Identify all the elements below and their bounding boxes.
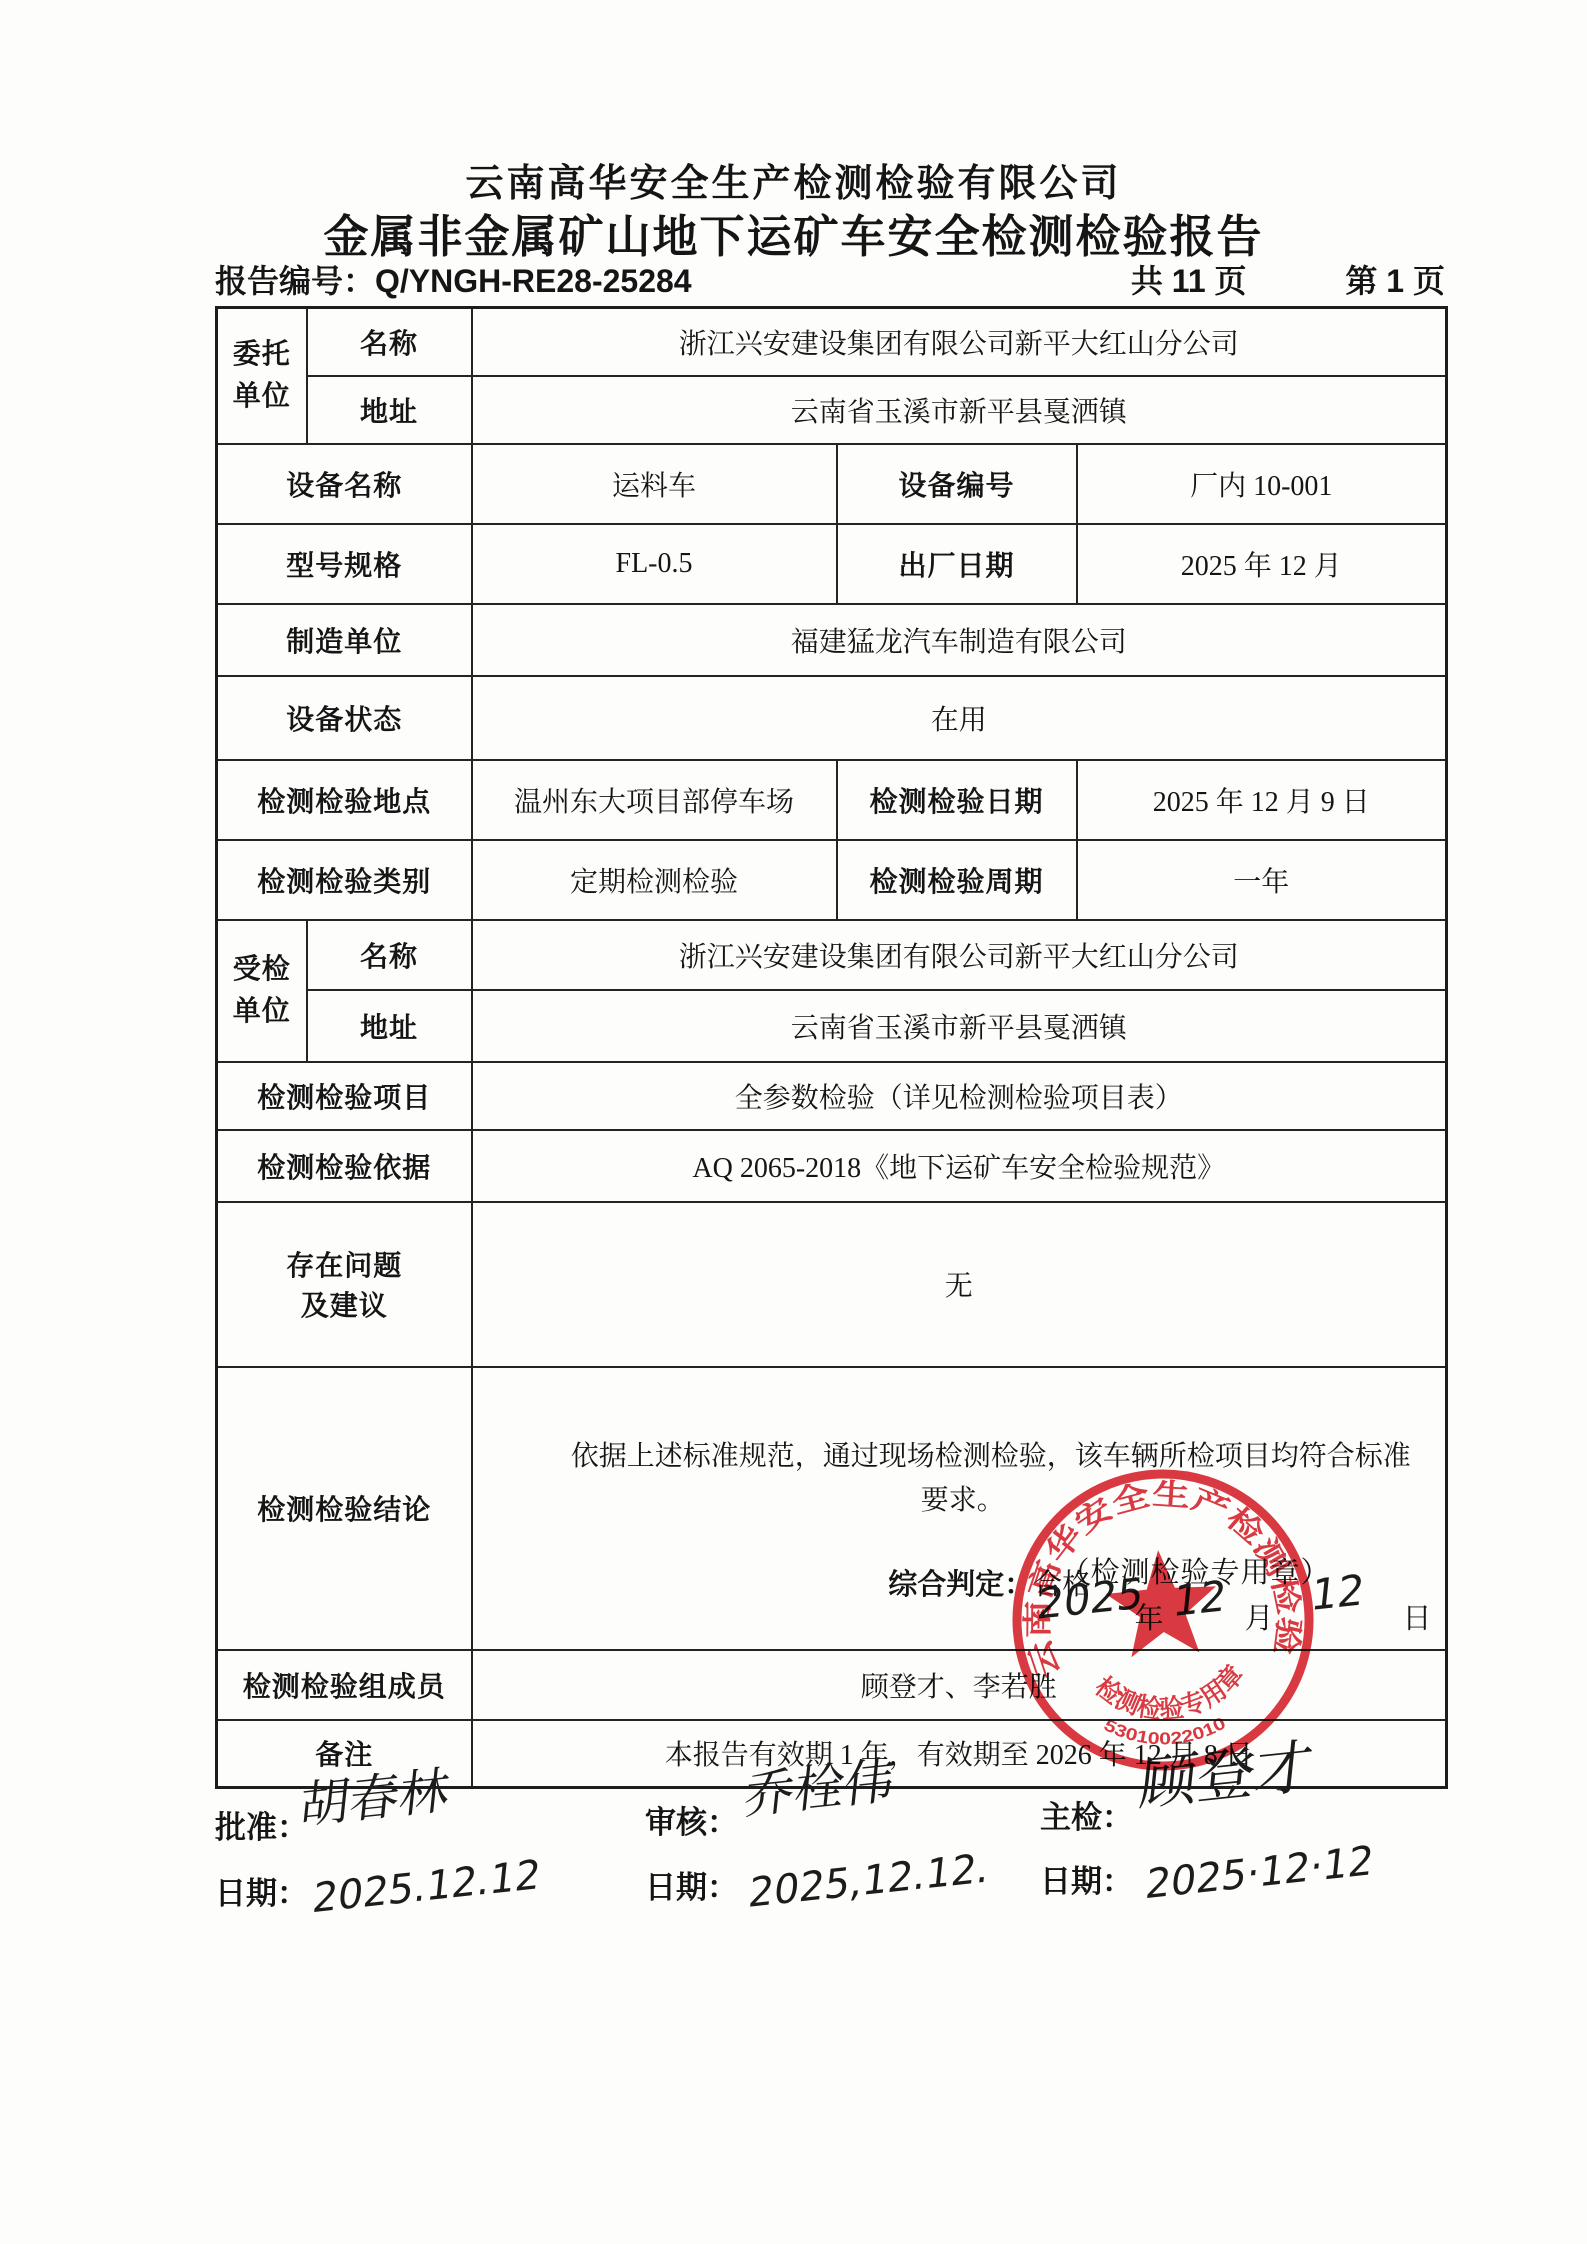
table-row: 存在问题 及建议 无 <box>217 1202 1447 1367</box>
client-addr-label: 地址 <box>307 376 472 444</box>
report-number: 报告编号：Q/YNGH-RE28-25284 <box>215 256 692 302</box>
table-row: 检测检验项目 全参数检验（详见检测检验项目表） <box>217 1062 1447 1130</box>
problems-label-line2: 及建议 <box>226 1284 463 1324</box>
status-value: 在用 <box>472 676 1447 760</box>
approve-label: 批准： <box>215 1802 308 1847</box>
insp-date-value: 2025 年 12 月 9 日 <box>1077 760 1447 840</box>
items-value: 全参数检验（详见检测检验项目表） <box>472 1062 1447 1130</box>
client-name-value: 浙江兴安建设集团有限公司新平大红山分公司 <box>472 308 1447 376</box>
client-addr-value: 云南省玉溪市新平县戛洒镇 <box>472 376 1447 444</box>
problems-label: 存在问题 及建议 <box>217 1202 472 1367</box>
insp-date-label: 检测检验日期 <box>837 760 1077 840</box>
report-number-label: 报告编号： <box>215 263 375 299</box>
problems-label-line1: 存在问题 <box>226 1244 463 1284</box>
insp-type-label: 检测检验类别 <box>217 840 472 920</box>
seal-date-day-char: 日 <box>1403 1596 1432 1637</box>
seal-company-text: 云南高华安全生产检测检验有限公司 <box>992 1449 1308 1685</box>
current-page: 第 1 页 <box>1345 263 1445 299</box>
device-name-label: 设备名称 <box>217 444 472 524</box>
problems-value: 无 <box>472 1202 1447 1367</box>
company-title: 云南高华安全生产检测检验有限公司 <box>0 152 1587 207</box>
table-row: 设备状态 在用 <box>217 676 1447 760</box>
table-row: 地址 云南省玉溪市新平县戛洒镇 <box>217 376 1447 444</box>
review-date-label: 日期： <box>645 1862 738 1907</box>
basis-label: 检测检验依据 <box>217 1130 472 1202</box>
maker-label: 制造单位 <box>217 604 472 676</box>
approve-signature: 胡春林 <box>297 1750 454 1839</box>
official-seal: 云南高华安全生产检测检验有限公司 检测检验专用章 53010022010 <box>992 1449 1334 1791</box>
total-pages: 共 11 页 <box>1131 263 1247 299</box>
report-page: 云南高华安全生产检测检验有限公司 金属非金属矿山地下运矿车安全检测检验报告 报告… <box>0 0 1587 2244</box>
approve-date-label: 日期： <box>215 1868 308 1913</box>
conclusion-label: 检测检验结论 <box>217 1367 472 1650</box>
table-row: 检测检验地点 温州东大项目部停车场 检测检验日期 2025 年 12 月 9 日 <box>217 760 1447 840</box>
review-signature: 乔栓伟 <box>742 1740 899 1829</box>
chief-date-value: 2025·12·12 <box>1143 1838 1376 1909</box>
client-name-label: 名称 <box>307 308 472 376</box>
chief-label: 主检： <box>1040 1792 1133 1837</box>
insp-cycle-value: 一年 <box>1077 840 1447 920</box>
inspected-name-value: 浙江兴安建设集团有限公司新平大红山分公司 <box>472 920 1447 990</box>
maker-value: 福建猛龙汽车制造有限公司 <box>472 604 1447 676</box>
chief-date-label: 日期： <box>1040 1856 1133 1901</box>
inspected-name-label: 名称 <box>307 920 472 990</box>
review-date-value: 2025,12.12. <box>746 1845 991 1917</box>
insp-place-value: 温州东大项目部停车场 <box>472 760 837 840</box>
device-name-value: 运料车 <box>472 444 837 524</box>
model-value: FL-0.5 <box>472 524 837 604</box>
insp-place-label: 检测检验地点 <box>217 760 472 840</box>
report-number-value: Q/YNGH-RE28-25284 <box>375 263 692 299</box>
table-row: 设备名称 运料车 设备编号 厂内 10-001 <box>217 444 1447 524</box>
table-row: 委托单位 名称 浙江兴安建设集团有限公司新平大红山分公司 <box>217 308 1447 376</box>
device-no-label: 设备编号 <box>837 444 1077 524</box>
review-label: 审核： <box>645 1797 738 1842</box>
team-label: 检测检验组成员 <box>217 1650 472 1720</box>
client-group-label: 委托单位 <box>217 308 307 444</box>
table-row: 受检单位 名称 浙江兴安建设集团有限公司新平大红山分公司 <box>217 920 1447 990</box>
approve-date-value: 2025.12.12 <box>310 1852 543 1923</box>
table-row: 制造单位 福建猛龙汽车制造有限公司 <box>217 604 1447 676</box>
basis-value: AQ 2065-2018《地下运矿车安全检验规范》 <box>472 1130 1447 1202</box>
mfg-date-value: 2025 年 12 月 <box>1077 524 1447 604</box>
model-label: 型号规格 <box>217 524 472 604</box>
seal-star-icon <box>1103 1546 1220 1658</box>
table-row: 检测检验类别 定期检测检验 检测检验周期 一年 <box>217 840 1447 920</box>
page-indicator: 共 11 页 第 1 页 <box>1131 256 1445 302</box>
inspected-addr-value: 云南省玉溪市新平县戛洒镇 <box>472 990 1447 1062</box>
inspected-group-label: 受检单位 <box>217 920 307 1062</box>
insp-cycle-label: 检测检验周期 <box>837 840 1077 920</box>
report-meta-row: 报告编号：Q/YNGH-RE28-25284 共 11 页 第 1 页 <box>215 256 1445 302</box>
inspected-addr-label: 地址 <box>307 990 472 1062</box>
table-row: 检测检验依据 AQ 2065-2018《地下运矿车安全检验规范》 <box>217 1130 1447 1202</box>
mfg-date-label: 出厂日期 <box>837 524 1077 604</box>
table-row: 型号规格 FL-0.5 出厂日期 2025 年 12 月 <box>217 524 1447 604</box>
table-row: 地址 云南省玉溪市新平县戛洒镇 <box>217 990 1447 1062</box>
insp-type-value: 定期检测检验 <box>472 840 837 920</box>
status-label: 设备状态 <box>217 676 472 760</box>
device-no-value: 厂内 10-001 <box>1077 444 1447 524</box>
items-label: 检测检验项目 <box>217 1062 472 1130</box>
